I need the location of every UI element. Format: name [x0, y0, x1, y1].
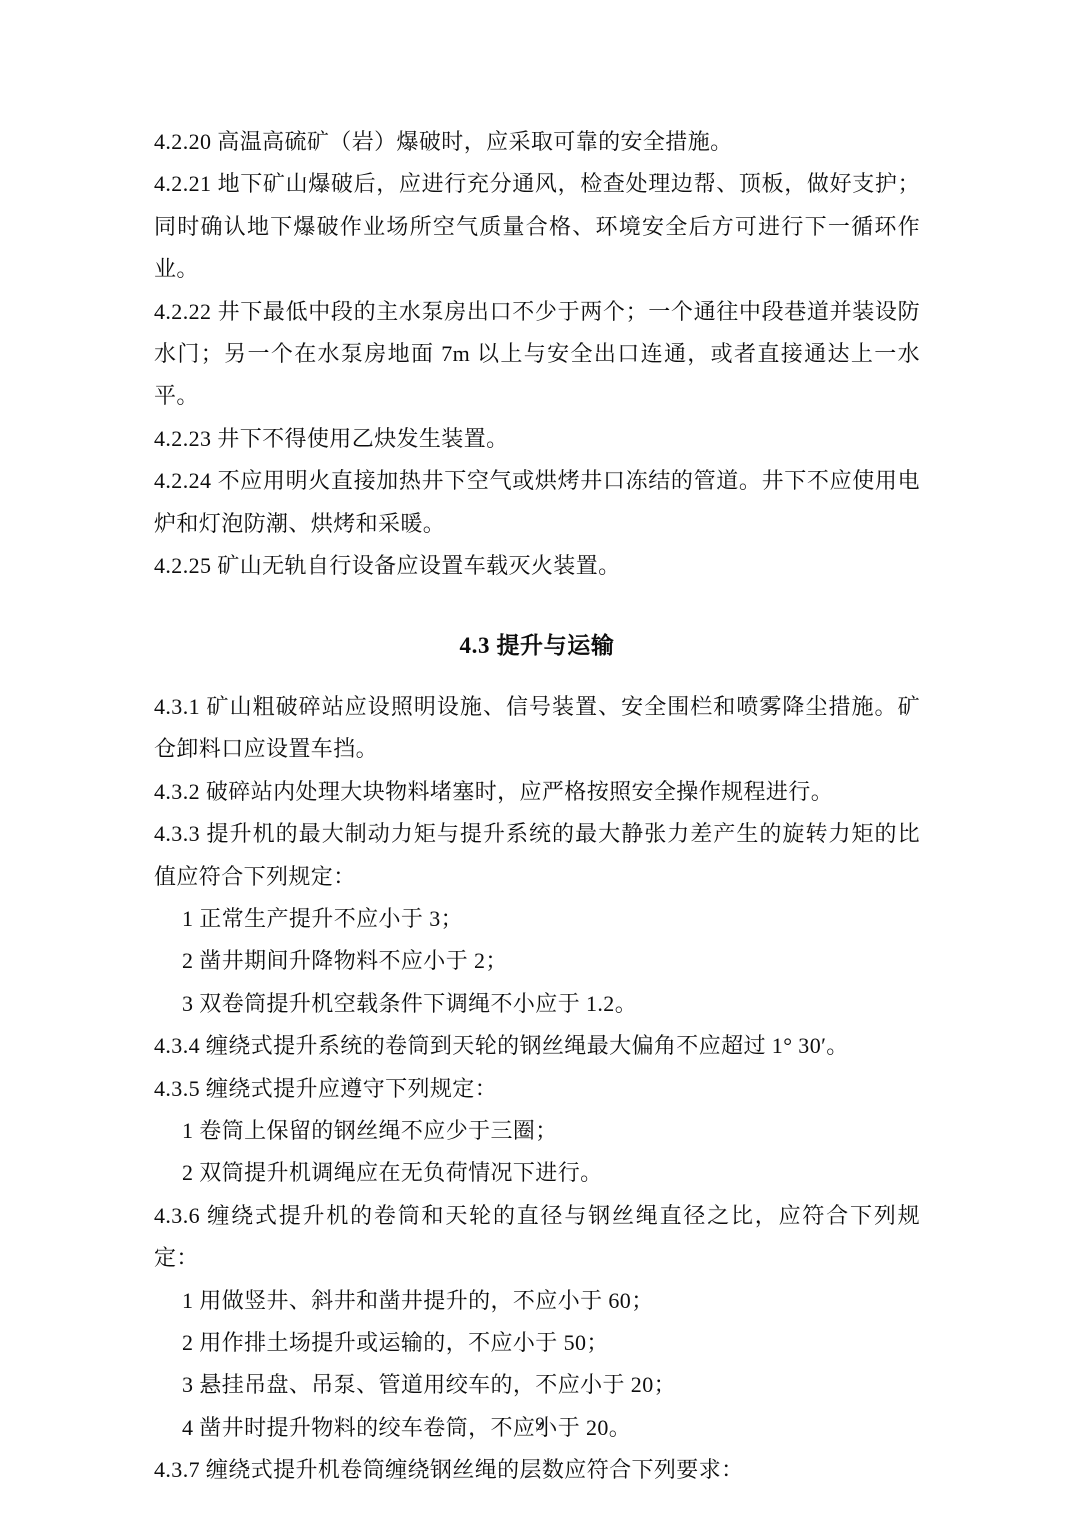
- clause-paragraph-4-2-25: 4.2.25 矿山无轨自行设备应设置车载灭火装置。: [154, 545, 920, 587]
- document-body: 4.2.20 高温高硫矿（岩）爆破时，应采取可靠的安全措施。 4.2.21 地下…: [154, 121, 920, 1492]
- sub-item-4-3-6-3: 3 悬挂吊盘、吊泵、管道用绞车的，不应小于 20；: [154, 1364, 920, 1406]
- sub-item-4-3-6-1: 1 用做竖井、斜井和凿井提升的，不应小于 60；: [154, 1280, 920, 1322]
- sub-item-4-3-6-2: 2 用作排土场提升或运输的，不应小于 50；: [154, 1322, 920, 1364]
- sub-item-4-3-5-1: 1 卷筒上保留的钢丝绳不应少于三圈；: [154, 1110, 920, 1152]
- page-number: 9: [0, 1413, 1080, 1437]
- clause-paragraph-4-3-6: 4.3.6 缠绕式提升机的卷筒和天轮的直径与钢丝绳直径之比，应符合下列规定：: [154, 1195, 920, 1280]
- sub-item-4-3-5-2: 2 双筒提升机调绳应在无负荷情况下进行。: [154, 1152, 920, 1194]
- clause-paragraph-4-2-23: 4.2.23 井下不得使用乙炔发生装置。: [154, 418, 920, 460]
- document-page: 4.2.20 高温高硫矿（岩）爆破时，应采取可靠的安全措施。 4.2.21 地下…: [0, 0, 1080, 1528]
- clause-paragraph-4-3-3: 4.3.3 提升机的最大制动力矩与提升系统的最大静张力差产生的旋转力矩的比值应符…: [154, 813, 920, 898]
- clause-paragraph-4-2-21: 4.2.21 地下矿山爆破后，应进行充分通风，检查处理边帮、顶板，做好支护；同时…: [154, 163, 920, 290]
- clause-paragraph-4-3-1: 4.3.1 矿山粗破碎站应设照明设施、信号装置、安全围栏和喷雾降尘措施。矿仓卸料…: [154, 686, 920, 771]
- clause-paragraph-4-2-22: 4.2.22 井下最低中段的主水泵房出口不少于两个；一个通往中段巷道并装设防水门…: [154, 291, 920, 418]
- clause-paragraph-4-3-5: 4.3.5 缠绕式提升应遵守下列规定：: [154, 1068, 920, 1110]
- sub-item-4-3-3-3: 3 双卷筒提升机空载条件下调绳不小应于 1.2。: [154, 983, 920, 1025]
- clause-paragraph-4-2-24: 4.2.24 不应用明火直接加热井下空气或烘烤井口冻结的管道。井下不应使用电炉和…: [154, 460, 920, 545]
- sub-item-4-3-3-2: 2 凿井期间升降物料不应小于 2；: [154, 940, 920, 982]
- clause-paragraph-4-3-4: 4.3.4 缠绕式提升系统的卷筒到天轮的钢丝绳最大偏角不应超过 1° 30′。: [154, 1025, 920, 1067]
- clause-paragraph-4-3-7: 4.3.7 缠绕式提升机卷筒缠绕钢丝绳的层数应符合下列要求：: [154, 1449, 920, 1491]
- clause-paragraph-4-3-2: 4.3.2 破碎站内处理大块物料堵塞时，应严格按照安全操作规程进行。: [154, 771, 920, 813]
- clause-paragraph-4-2-20: 4.2.20 高温高硫矿（岩）爆破时，应采取可靠的安全措施。: [154, 121, 920, 163]
- section-heading: 4.3 提升与运输: [154, 625, 920, 667]
- sub-item-4-3-3-1: 1 正常生产提升不应小于 3；: [154, 898, 920, 940]
